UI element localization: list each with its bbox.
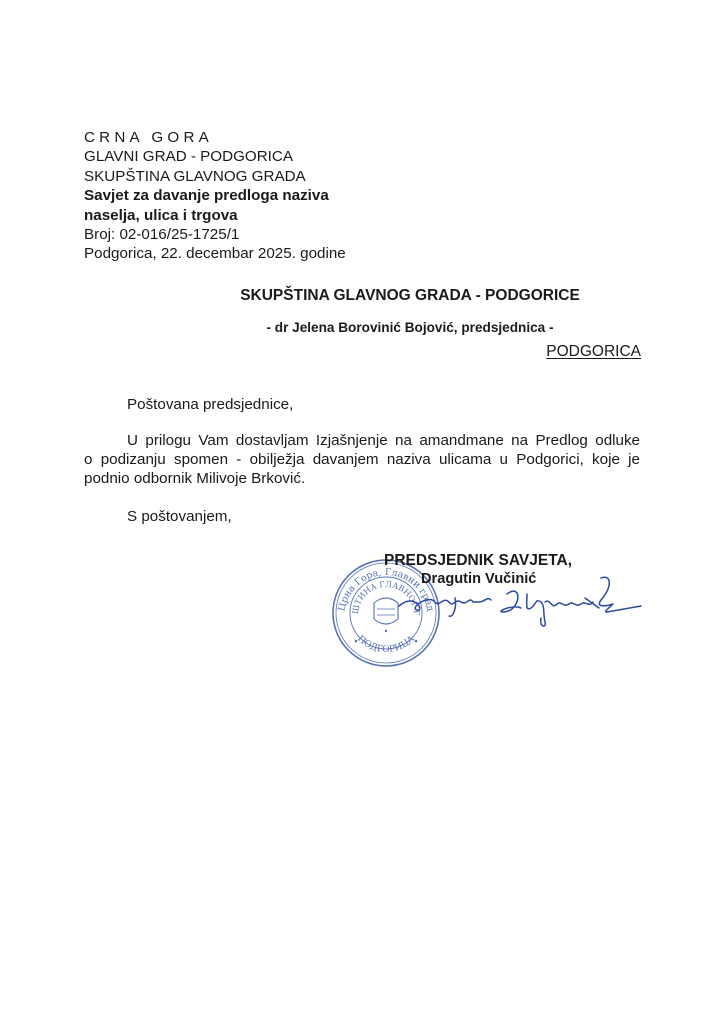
recipient-city: PODGORICA: [546, 343, 641, 361]
svg-text:ПОДГОРИЦА: ПОДГОРИЦА: [355, 634, 417, 655]
document-page: CRNA GORA GLAVNI GRAD - PODGORICA SKUPŠT…: [0, 0, 724, 1024]
letterhead-assembly: SKUPŠTINA GLAVNOG GRADA: [84, 167, 346, 186]
recipient-person: - dr Jelena Borovinić Bojović, predsjedn…: [48, 320, 724, 335]
body-paragraph: U prilogu Vam dostavljam Izjašnjenje na …: [84, 431, 640, 489]
letterhead-council-line2: naselja, ulica i trgova: [84, 206, 346, 225]
reference-number: Broj: 02-016/25-1725/1: [84, 225, 346, 244]
body-paragraph-rest: o podizanju spomen - obilježja davanjem …: [84, 451, 640, 487]
closing: S poštovanjem,: [127, 508, 232, 525]
place-date: Podgorica, 22. decembar 2025. godine: [84, 244, 346, 263]
handwritten-signature-icon: [395, 572, 645, 632]
body-paragraph-line1: U prilogu Vam dostavljam Izjašnjenje na …: [84, 431, 640, 450]
letterhead-council-line1: Savjet za davanje predloga naziva: [84, 186, 346, 205]
letterhead: CRNA GORA GLAVNI GRAD - PODGORICA SKUPŠT…: [84, 128, 346, 264]
greeting: Poštovana predsjednice,: [127, 396, 293, 413]
signatory-title: PREDSJEDNIK SAVJETA,: [384, 552, 572, 570]
letterhead-country: CRNA GORA: [84, 128, 346, 147]
recipient-institution: SKUPŠTINA GLAVNOG GRADA - PODGORICE: [48, 287, 724, 305]
letterhead-city-office: GLAVNI GRAD - PODGORICA: [84, 147, 346, 166]
